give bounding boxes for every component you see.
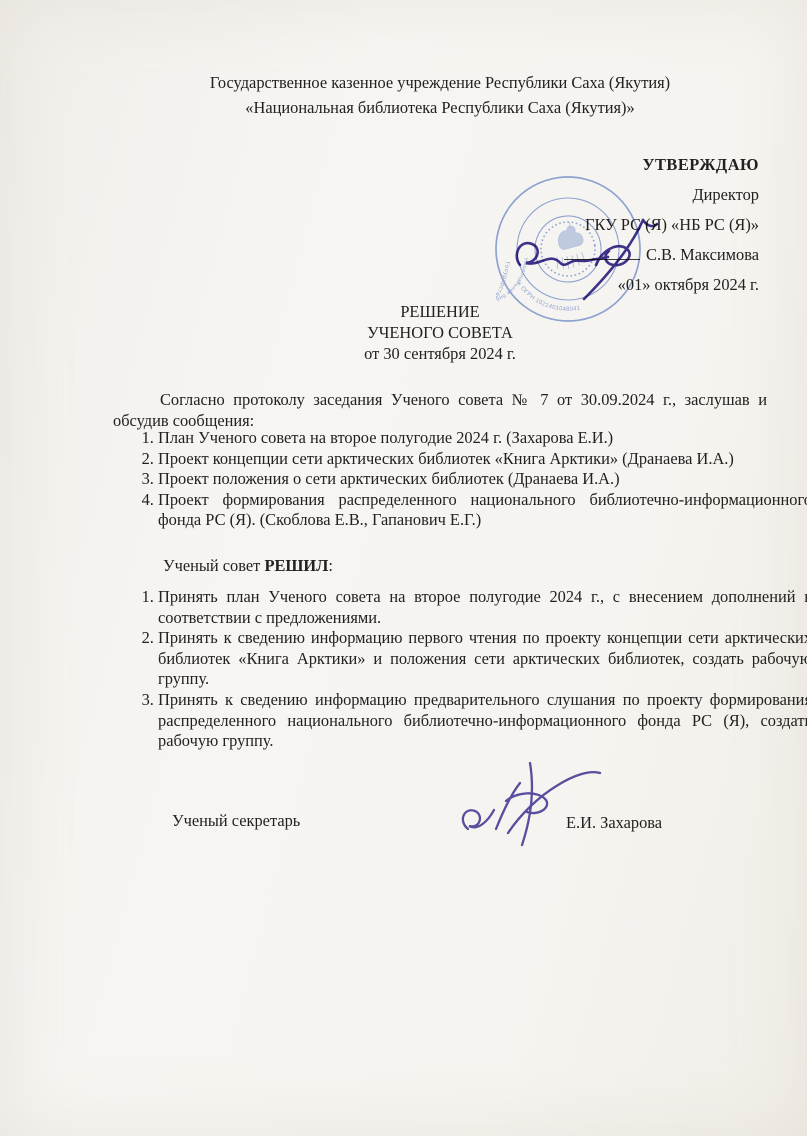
document-title: РЕШЕНИЕ УЧЕНОГО СОВЕТА от 30 сентября 20… (113, 301, 767, 364)
agenda-list: План Ученого совета на второе полугодие … (113, 428, 807, 531)
agenda-item-3: Проект положения о сети арктических библ… (158, 469, 807, 490)
secretary-name: Е.И. Захарова (566, 813, 662, 833)
title-line1: РЕШЕНИЕ (113, 301, 767, 322)
secretary-role: Ученый секретарь (172, 811, 300, 831)
agenda-item-2: Проект концепции сети арктических библио… (158, 449, 807, 470)
resolved-prefix: Ученый совет (163, 556, 264, 575)
decision-item-1: Принять план Ученого совета на второе по… (158, 587, 807, 628)
decision-item-3: Принять к сведению информацию предварите… (158, 690, 807, 752)
agenda-item-1: План Ученого совета на второе полугодие … (158, 428, 807, 449)
decision-item-2: Принять к сведению информацию первого чт… (158, 628, 807, 690)
secretary-signature (452, 757, 604, 852)
approval-signer-name: С.В. Максимова (646, 245, 759, 264)
resolved-keyword: РЕШИЛ (264, 556, 328, 575)
org-name-line2: «Национальная библиотека Республики Саха… (113, 95, 767, 120)
agenda-item-4: Проект формирования распределенного наци… (158, 490, 807, 531)
decisions-list: Принять план Ученого совета на второе по… (113, 587, 807, 752)
org-header: Государственное казенное учреждение Респ… (113, 70, 767, 120)
resolved-suffix: : (328, 556, 333, 575)
title-line2: УЧЕНОГО СОВЕТА (113, 322, 767, 343)
document-page: Государственное казенное учреждение Респ… (0, 0, 807, 1136)
resolved-line: Ученый совет РЕШИЛ: (113, 555, 767, 576)
director-signature (508, 213, 658, 308)
title-date: от 30 сентября 2024 г. (113, 343, 767, 364)
org-name-line1: Государственное казенное учреждение Респ… (113, 70, 767, 95)
intro-paragraph: Согласно протоколу заседания Ученого сов… (113, 390, 767, 431)
